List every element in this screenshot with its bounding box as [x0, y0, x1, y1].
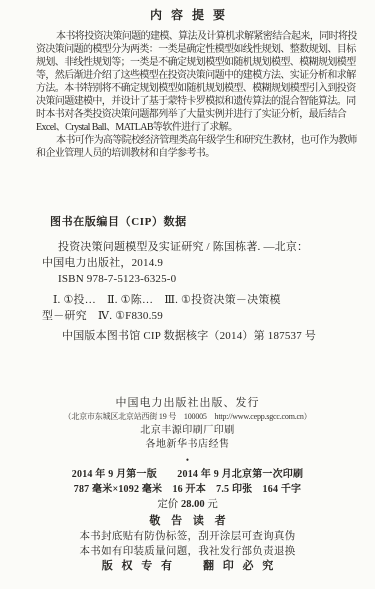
cip-classification-line: Ⅰ. ①投… Ⅱ. ①陈… Ⅲ. ①投资决策－决策模 [42, 292, 355, 308]
paragraph-line: 和企业管理人员的培训教材和自学参考书。 [36, 147, 350, 160]
price-value: 28.00 [181, 499, 205, 510]
paragraph-line: 决策问题建模中，并设计了基于蒙特卡罗模拟和遗传算法的混合智能算法。同 [36, 95, 350, 108]
cip-book-title-line: 投资决策问题模型及实证研究 / 陈国栋著. —北京： [42, 239, 355, 255]
cip-section: 图书在版编目（CIP）数据 投资决策问题模型及实证研究 / 陈国栋著. —北京：… [42, 214, 355, 344]
price-unit: 元 [207, 499, 218, 510]
price-line: 定价 28.00 元 [0, 498, 375, 512]
publisher-address: （北京市东城区北京站西街 19 号 100005 http://www.cepp… [0, 410, 375, 424]
summary-paragraph: 本书将投资决策问题的建模、算法及计算机求解紧密结合起来，同时将投 资决策问题的模… [36, 30, 350, 160]
cip-heading: 图书在版编目（CIP）数据 [42, 214, 355, 230]
paragraph-line: 本书将投资决策问题的建模、算法及计算机求解紧密结合起来，同时将投 [36, 30, 350, 43]
paragraph-line: 资决策问题的模型分为两类：一类是确定性模型如线性规划、整数规划、目标 [36, 43, 350, 56]
separator-star: • [0, 453, 375, 467]
copyright-notice: 版 权 专 有 翻 印 必 究 [0, 559, 375, 574]
anti-counterfeit-notice: 本书封底贴有防伪标签，刮开涂层可查询真伪 [0, 529, 375, 544]
quality-return-notice: 本书如有印装质量问题，我社发行部负责退换 [0, 544, 375, 559]
price-label: 定价 [157, 499, 178, 510]
cip-record-number: 中国版本图书馆 CIP 数据核字（2014）第 187537 号 [42, 328, 355, 344]
notice-title: 敬 告 读 者 [0, 514, 375, 529]
publication-info-section: 中国电力出版社出版、发行 （北京市东城区北京站西街 19 号 100005 ht… [0, 396, 375, 512]
format-line: 787 毫米×1092 毫米 16 开本 7.5 印张 164 千字 [0, 483, 375, 497]
edition-line: 2014 年 9 月第一版 2014 年 9 月北京第一次印刷 [0, 468, 375, 482]
cip-publisher-line: 中国电力出版社，2014.9 [42, 255, 355, 271]
paragraph-line: Excel、Crystal Ball、MATLAB等软件进行了求解。 [36, 121, 350, 134]
cip-classification-line: 型－研究 Ⅳ. ①F830.59 [42, 308, 355, 324]
paragraph-line: 规划、非线性规划等；一类是不确定规划模型如随机规划模型、模糊规划模型 [36, 56, 350, 69]
printer-line: 北京丰源印刷厂印刷 [0, 424, 375, 438]
summary-title: 内 容 提 要 [0, 6, 375, 23]
paragraph-line: 方法。本书特别将不确定规划模型如随机规划模型、模糊规划模型引入到投资 [36, 82, 350, 95]
paragraph-line: 本书可作为高等院校经济管理类高年级学生和研究生教材，也可作为教师 [36, 134, 350, 147]
distributor-line: 各地新华书店经售 [0, 438, 375, 452]
publisher-line: 中国电力出版社出版、发行 [0, 396, 375, 410]
cip-isbn: ISBN 978-7-5123-6325-0 [42, 271, 355, 287]
paragraph-line: 等，然后渐进介绍了这些模型在投资决策问题中的建模方法、实证分析和求解 [36, 69, 350, 82]
paragraph-line: 时本书对各类投资决策问题都列举了大量实例并进行了实证分析，最后结合 [36, 108, 350, 121]
book-copyright-page: 内 容 提 要 本书将投资决策问题的建模、算法及计算机求解紧密结合起来，同时将投… [0, 0, 375, 589]
reader-notice-section: 敬 告 读 者 本书封底贴有防伪标签，刮开涂层可查询真伪 本书如有印装质量问题，… [0, 514, 375, 574]
